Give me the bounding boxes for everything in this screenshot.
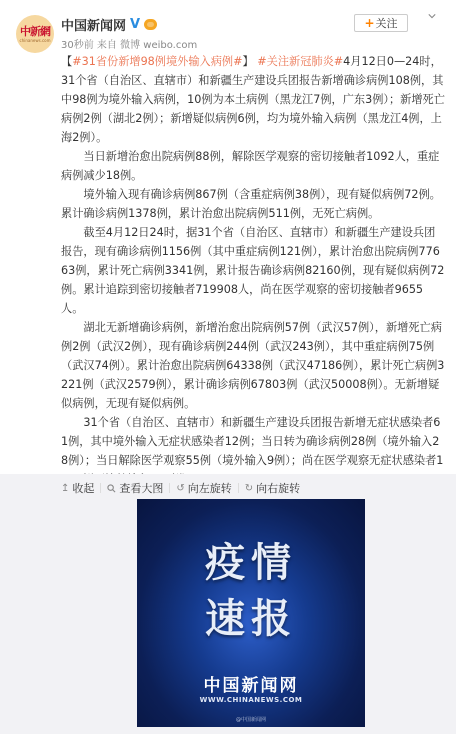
topic-link-1[interactable]: #31省份新增98例境外输入病例#: [72, 55, 242, 68]
close-bracket: 】: [243, 55, 254, 68]
username[interactable]: 中国新闻网: [61, 15, 126, 34]
paragraph-3: 境外输入现有确诊病例867例（含重症病例38例），现有疑似病例72例。累计确诊病…: [61, 185, 445, 223]
collapse-button[interactable]: ↥ 收起: [61, 480, 100, 496]
paragraph-5: 湖北无新增确诊病例，新增治愈出院病例57例（武汉57例），新增死亡病例2例（武汉…: [61, 318, 445, 413]
post-meta: 30秒前 来自 微博 weibo.com: [61, 36, 197, 51]
poster-watermark: @中国新闻网: [137, 716, 365, 723]
avatar[interactable]: 中新網 chinanews.com: [16, 15, 54, 53]
topic-link-2[interactable]: #关注新冠肺炎#: [257, 55, 343, 68]
paragraph-2: 当日新增治愈出院病例88例，解除医学观察的密切接触者1092人，重症病例减少18…: [61, 147, 445, 185]
rotate-right-label: 向右旋转: [256, 480, 300, 496]
poster-url: WWW.CHINANEWS.COM: [137, 696, 365, 704]
collapse-icon: ↥: [61, 483, 69, 494]
poster-brand: 中国新闻网: [137, 671, 365, 696]
chevron-down-icon[interactable]: [428, 12, 436, 20]
verified-icon: V: [130, 17, 140, 32]
follow-button[interactable]: + 关注: [354, 14, 408, 32]
rotate-left-label: 向左旋转: [188, 480, 232, 496]
poster-title-line-2: 速报: [137, 587, 365, 644]
avatar-sub: chinanews.com: [20, 38, 51, 43]
media-area: ↥ 收起 查看大图 ↺ 向左旋转 ↻ 向右旋转 疫情 速报 中国新闻网 WWW.…: [0, 474, 456, 734]
rotate-right-button[interactable]: ↻ 向右旋转: [239, 480, 306, 496]
rotate-right-icon: ↻: [245, 483, 253, 494]
username-row: 中国新闻网 V: [61, 15, 157, 34]
plus-icon: +: [364, 16, 374, 30]
collapse-label: 收起: [72, 480, 94, 496]
view-large-button[interactable]: 查看大图: [101, 480, 169, 496]
follow-label: 关注: [376, 15, 398, 31]
rotate-left-button[interactable]: ↺ 向左旋转: [170, 480, 237, 496]
avatar-logo: 中新網: [20, 26, 50, 38]
fan-badge-icon[interactable]: [144, 19, 157, 30]
paragraph-4: 截至4月12日24时，据31个省（自治区、直辖市）和新疆生产建设兵团报告，现有确…: [61, 223, 445, 318]
poster-title-line-1: 疫情: [137, 531, 365, 588]
rotate-left-icon: ↺: [176, 483, 184, 494]
paragraph-1-text: 4月12日0—24时，31个省（自治区、直辖市）和新疆生产建设兵团报告新增确诊病…: [61, 55, 445, 144]
post-content: 【#31省份新增98例境外输入病例#】 #关注新冠肺炎#4月12日0—24时，3…: [61, 52, 445, 546]
search-icon: [107, 484, 116, 493]
post-image[interactable]: 疫情 速报 中国新闻网 WWW.CHINANEWS.COM @中国新闻网: [137, 499, 365, 727]
view-large-label: 查看大图: [119, 480, 163, 496]
paragraph-1: 【#31省份新增98例境外输入病例#】 #关注新冠肺炎#4月12日0—24时，3…: [61, 52, 445, 147]
open-bracket: 【: [61, 55, 72, 68]
media-toolbar: ↥ 收起 查看大图 ↺ 向左旋转 ↻ 向右旋转: [61, 480, 306, 496]
